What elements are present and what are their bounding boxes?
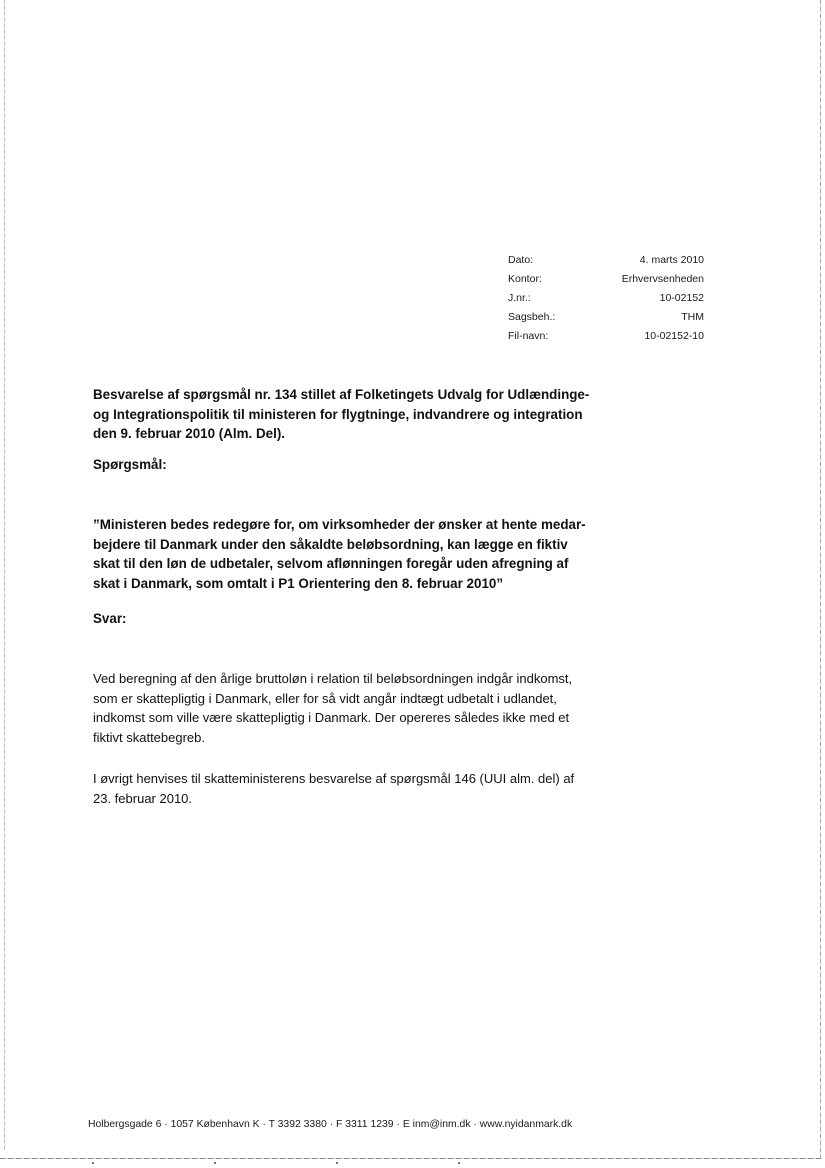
- meta-row-filename: Fil-navn: 10-02152-10: [508, 327, 704, 346]
- meta-value: 10-02152: [660, 289, 704, 308]
- meta-value: 10-02152-10: [644, 327, 704, 346]
- scan-artifact: [214, 1162, 216, 1164]
- meta-row-date: Dato: 4. marts 2010: [508, 251, 704, 270]
- title-line: og Integrationspolitik til ministeren fo…: [93, 405, 613, 425]
- meta-value: 4. marts 2010: [640, 251, 704, 270]
- answer-line: fiktivt skattebegreb.: [93, 728, 623, 748]
- meta-label: Sagsbeh.:: [508, 308, 555, 327]
- meta-label: Fil-navn:: [508, 327, 548, 346]
- answer-line: I øvrigt henvises til skatteministerens …: [93, 769, 623, 789]
- meta-label: Dato:: [508, 251, 533, 270]
- answer-line: Ved beregning af den årlige bruttoløn i …: [93, 669, 623, 689]
- scan-edge-right: [820, 0, 821, 1158]
- answer-paragraph-1: Ved beregning af den årlige bruttoløn i …: [93, 669, 623, 747]
- answer-line: 23. februar 2010.: [93, 789, 623, 809]
- title-line: den 9. februar 2010 (Alm. Del).: [93, 424, 613, 444]
- answer-paragraph-2: I øvrigt henvises til skatteministerens …: [93, 769, 623, 808]
- meta-row-office: Kontor: Erhvervsenheden: [508, 270, 704, 289]
- question-heading: Spørgsmål:: [93, 457, 167, 472]
- document-title: Besvarelse af spørgsmål nr. 134 stillet …: [93, 385, 613, 444]
- answer-line: som er skattepligtig i Danmark, eller fo…: [93, 689, 623, 709]
- title-line: Besvarelse af spørgsmål nr. 134 stillet …: [93, 385, 613, 405]
- scan-artifact: [336, 1162, 338, 1164]
- question-line: bejdere til Danmark under den såkaldte b…: [93, 535, 613, 555]
- scan-artifact: [458, 1162, 460, 1164]
- question-line: skat i Danmark, som omtalt i P1 Orienter…: [93, 574, 613, 594]
- document-metadata: Dato: 4. marts 2010 Kontor: Erhvervsenhe…: [508, 251, 704, 346]
- question-text: ”Ministeren bedes redegøre for, om virks…: [93, 515, 613, 593]
- meta-row-journal-number: J.nr.: 10-02152: [508, 289, 704, 308]
- answer-line: indkomst som ville være skattepligtig i …: [93, 708, 623, 728]
- meta-label: Kontor:: [508, 270, 542, 289]
- meta-label: J.nr.:: [508, 289, 531, 308]
- scan-artifact: [92, 1162, 94, 1164]
- question-line: skat til den løn de udbetaler, selvom af…: [93, 554, 613, 574]
- question-line: ”Ministeren bedes redegøre for, om virks…: [93, 515, 613, 535]
- answer-heading: Svar:: [93, 611, 127, 626]
- meta-row-case-officer: Sagsbeh.: THM: [508, 308, 704, 327]
- footer-contact-info: Holbergsgade 6 · 1057 København K · T 33…: [88, 1119, 572, 1130]
- scan-edge-bottom: [0, 1158, 822, 1159]
- scan-edge-left: [4, 0, 5, 1150]
- meta-value: THM: [681, 308, 704, 327]
- meta-value: Erhvervsenheden: [622, 270, 704, 289]
